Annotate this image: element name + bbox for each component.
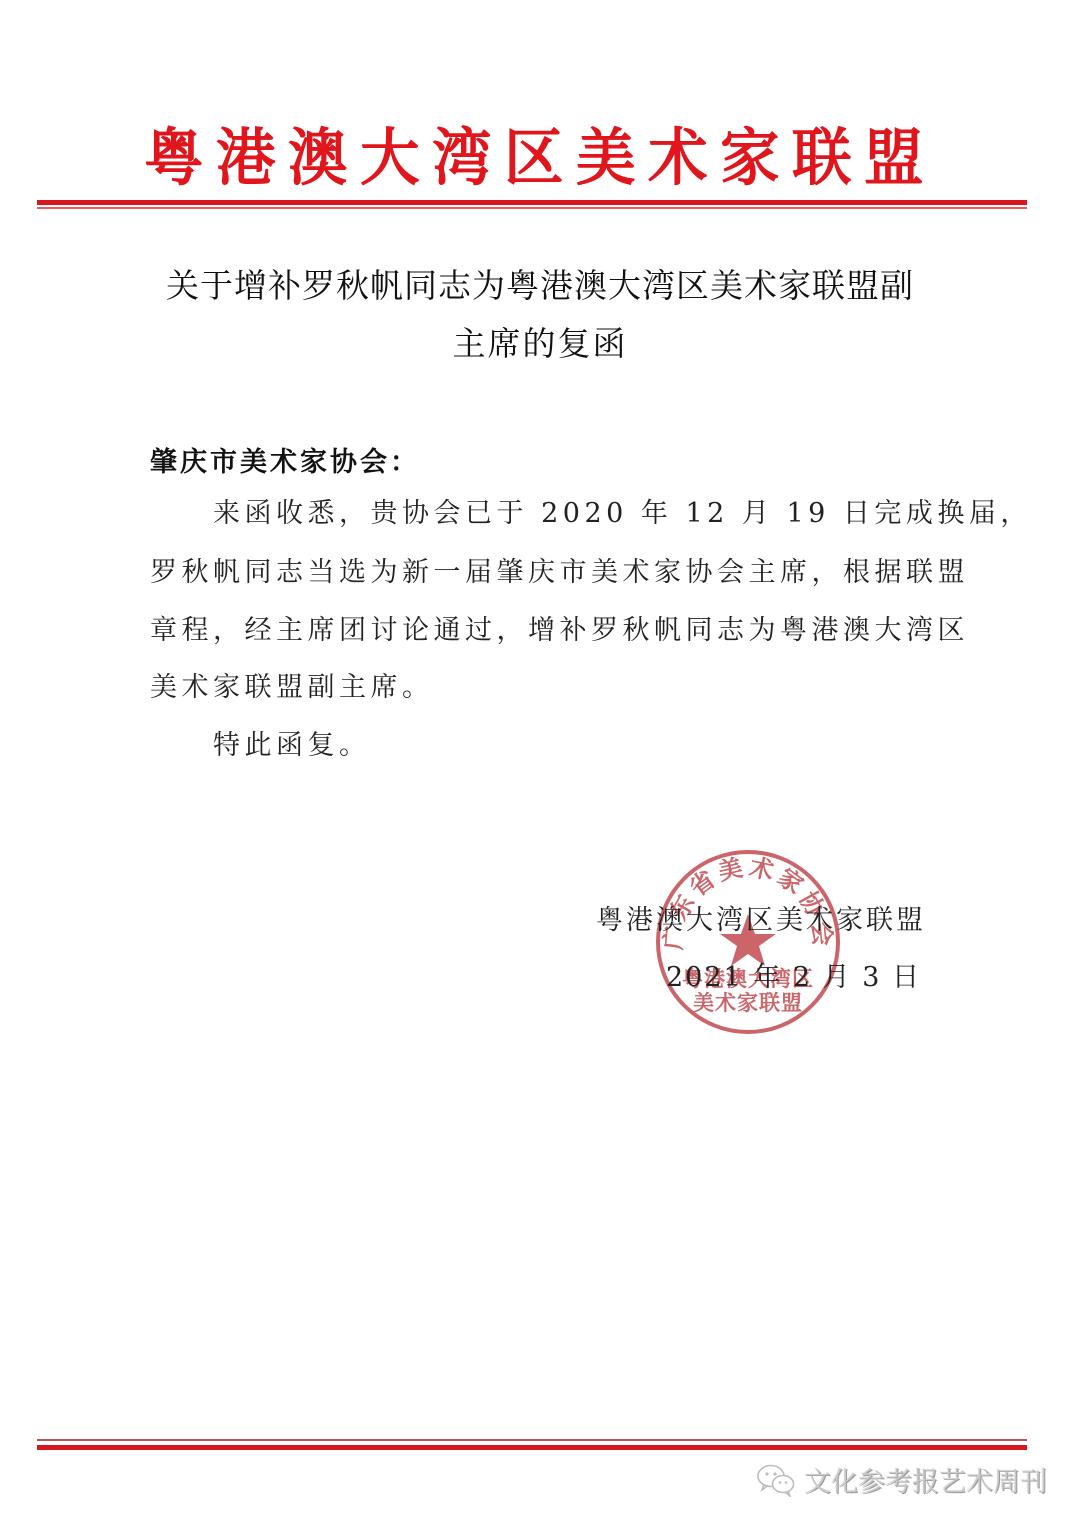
source-watermark: 文化参考报艺术周刊 bbox=[756, 1460, 1047, 1499]
letterhead-divider-thick bbox=[37, 200, 1027, 205]
salutation: 肇庆市美术家协会： bbox=[150, 440, 420, 479]
watermark-text: 文化参考报艺术周刊 bbox=[804, 1460, 1047, 1499]
body-paragraph-line: 来函收悉，贵协会已于 2020 年 12 月 19 日完成换届， bbox=[150, 497, 1032, 531]
body-paragraph-line: 章程，经主席团讨论通过，增补罗秋帆同志为粤港澳大湾区 bbox=[150, 614, 969, 648]
footer-divider-thin bbox=[37, 1439, 1027, 1441]
closing-line: 特此函复。 bbox=[150, 729, 371, 763]
letterhead-divider-thin bbox=[37, 207, 1027, 209]
document-title-line-1: 关于增补罗秋帆同志为粤港澳大湾区美术家联盟副 bbox=[0, 266, 1080, 306]
footer-divider-thick bbox=[37, 1445, 1027, 1450]
official-seal-icon: 广东省美术家协会 粤港澳大湾区 美术家联盟 bbox=[654, 848, 842, 1036]
signature-organization: 粤港澳大湾区美术家联盟 bbox=[596, 898, 926, 937]
body-paragraph-line: 美术家联盟副主席。 bbox=[150, 671, 434, 705]
document-date: 2021 年 2 月 3 日 bbox=[666, 955, 921, 994]
body-paragraph-line: 罗秋帆同志当选为新一届肇庆市美术家协会主席，根据联盟 bbox=[150, 556, 969, 590]
letterhead-title: 粤港澳大湾区美术家联盟 bbox=[22, 122, 1059, 194]
wechat-icon bbox=[756, 1463, 796, 1497]
svg-text:美术家联盟: 美术家联盟 bbox=[693, 991, 803, 1015]
document-title-line-2: 主席的复函 bbox=[0, 324, 1080, 364]
